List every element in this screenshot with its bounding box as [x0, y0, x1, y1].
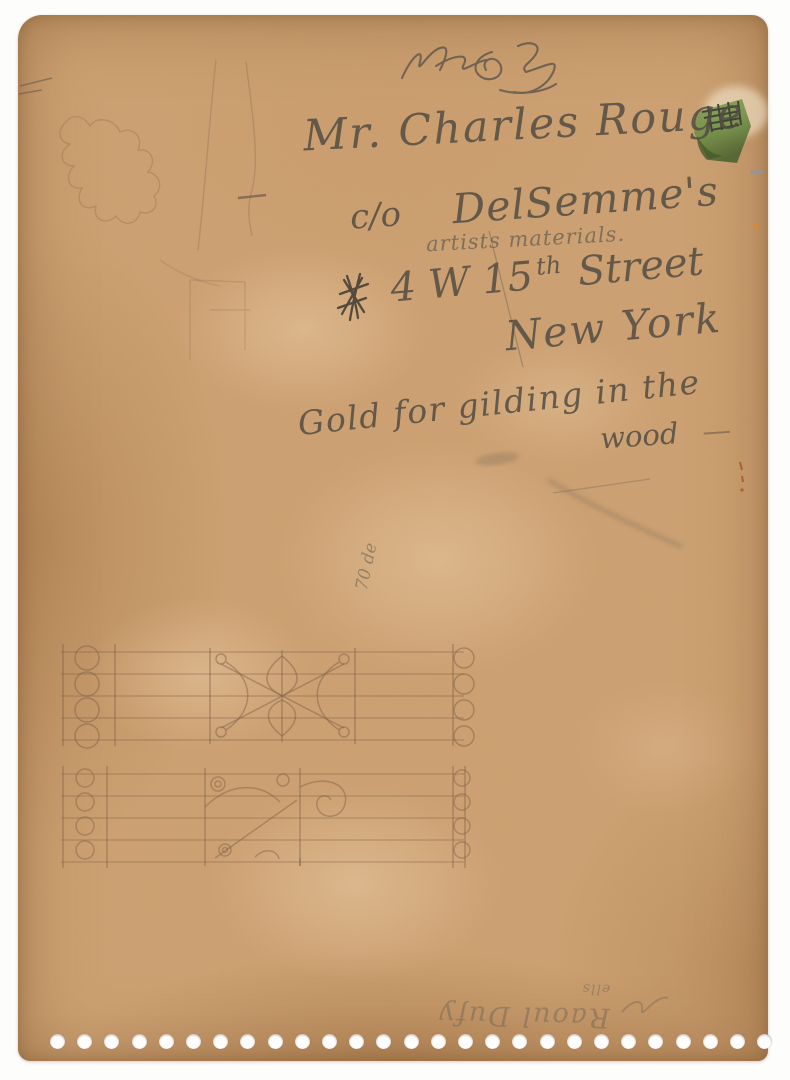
perforation-hole — [186, 1034, 201, 1049]
perforation-hole — [77, 1034, 92, 1049]
perforation-hole — [376, 1034, 391, 1049]
perforation-hole — [295, 1034, 310, 1049]
perforation-hole — [104, 1034, 119, 1049]
perforation-hole — [458, 1034, 473, 1049]
note-word: wood — [599, 416, 679, 455]
inverted-inscription-line1: Raoul Dufy — [437, 999, 610, 1033]
perforation-hole — [512, 1034, 527, 1049]
perforation-hole — [730, 1034, 745, 1049]
perforation-hole — [676, 1034, 691, 1049]
perforation-hole — [159, 1034, 174, 1049]
perforation-hole — [431, 1034, 446, 1049]
perforation-hole — [757, 1034, 772, 1049]
perforation-hole — [213, 1034, 228, 1049]
perforation-hole — [240, 1034, 255, 1049]
perforation-hole — [594, 1034, 609, 1049]
perforation-hole — [648, 1034, 663, 1049]
perforation-hole — [322, 1034, 337, 1049]
handwritten-care-of: c/o — [349, 194, 403, 237]
perforation-hole — [132, 1034, 147, 1049]
perforation-hole — [621, 1034, 636, 1049]
perforation-hole — [703, 1034, 718, 1049]
perforation-hole — [485, 1034, 500, 1049]
perforation-hole — [268, 1034, 283, 1049]
note-dash: — — [701, 412, 732, 448]
street-ordinal: th — [535, 251, 562, 281]
perforation-hole — [404, 1034, 419, 1049]
inverted-inscription-line2: ells — [280, 970, 610, 1002]
perforation-hole — [567, 1034, 582, 1049]
inverted-inscription: Raoul Dufy ells — [280, 970, 611, 1030]
perforation-hole — [540, 1034, 555, 1049]
photograph-of-sketchbook-page: { "artifact_title": "Handwritten sketchb… — [0, 0, 790, 1080]
perforation-hole — [50, 1034, 65, 1049]
perforation-hole — [349, 1034, 364, 1049]
